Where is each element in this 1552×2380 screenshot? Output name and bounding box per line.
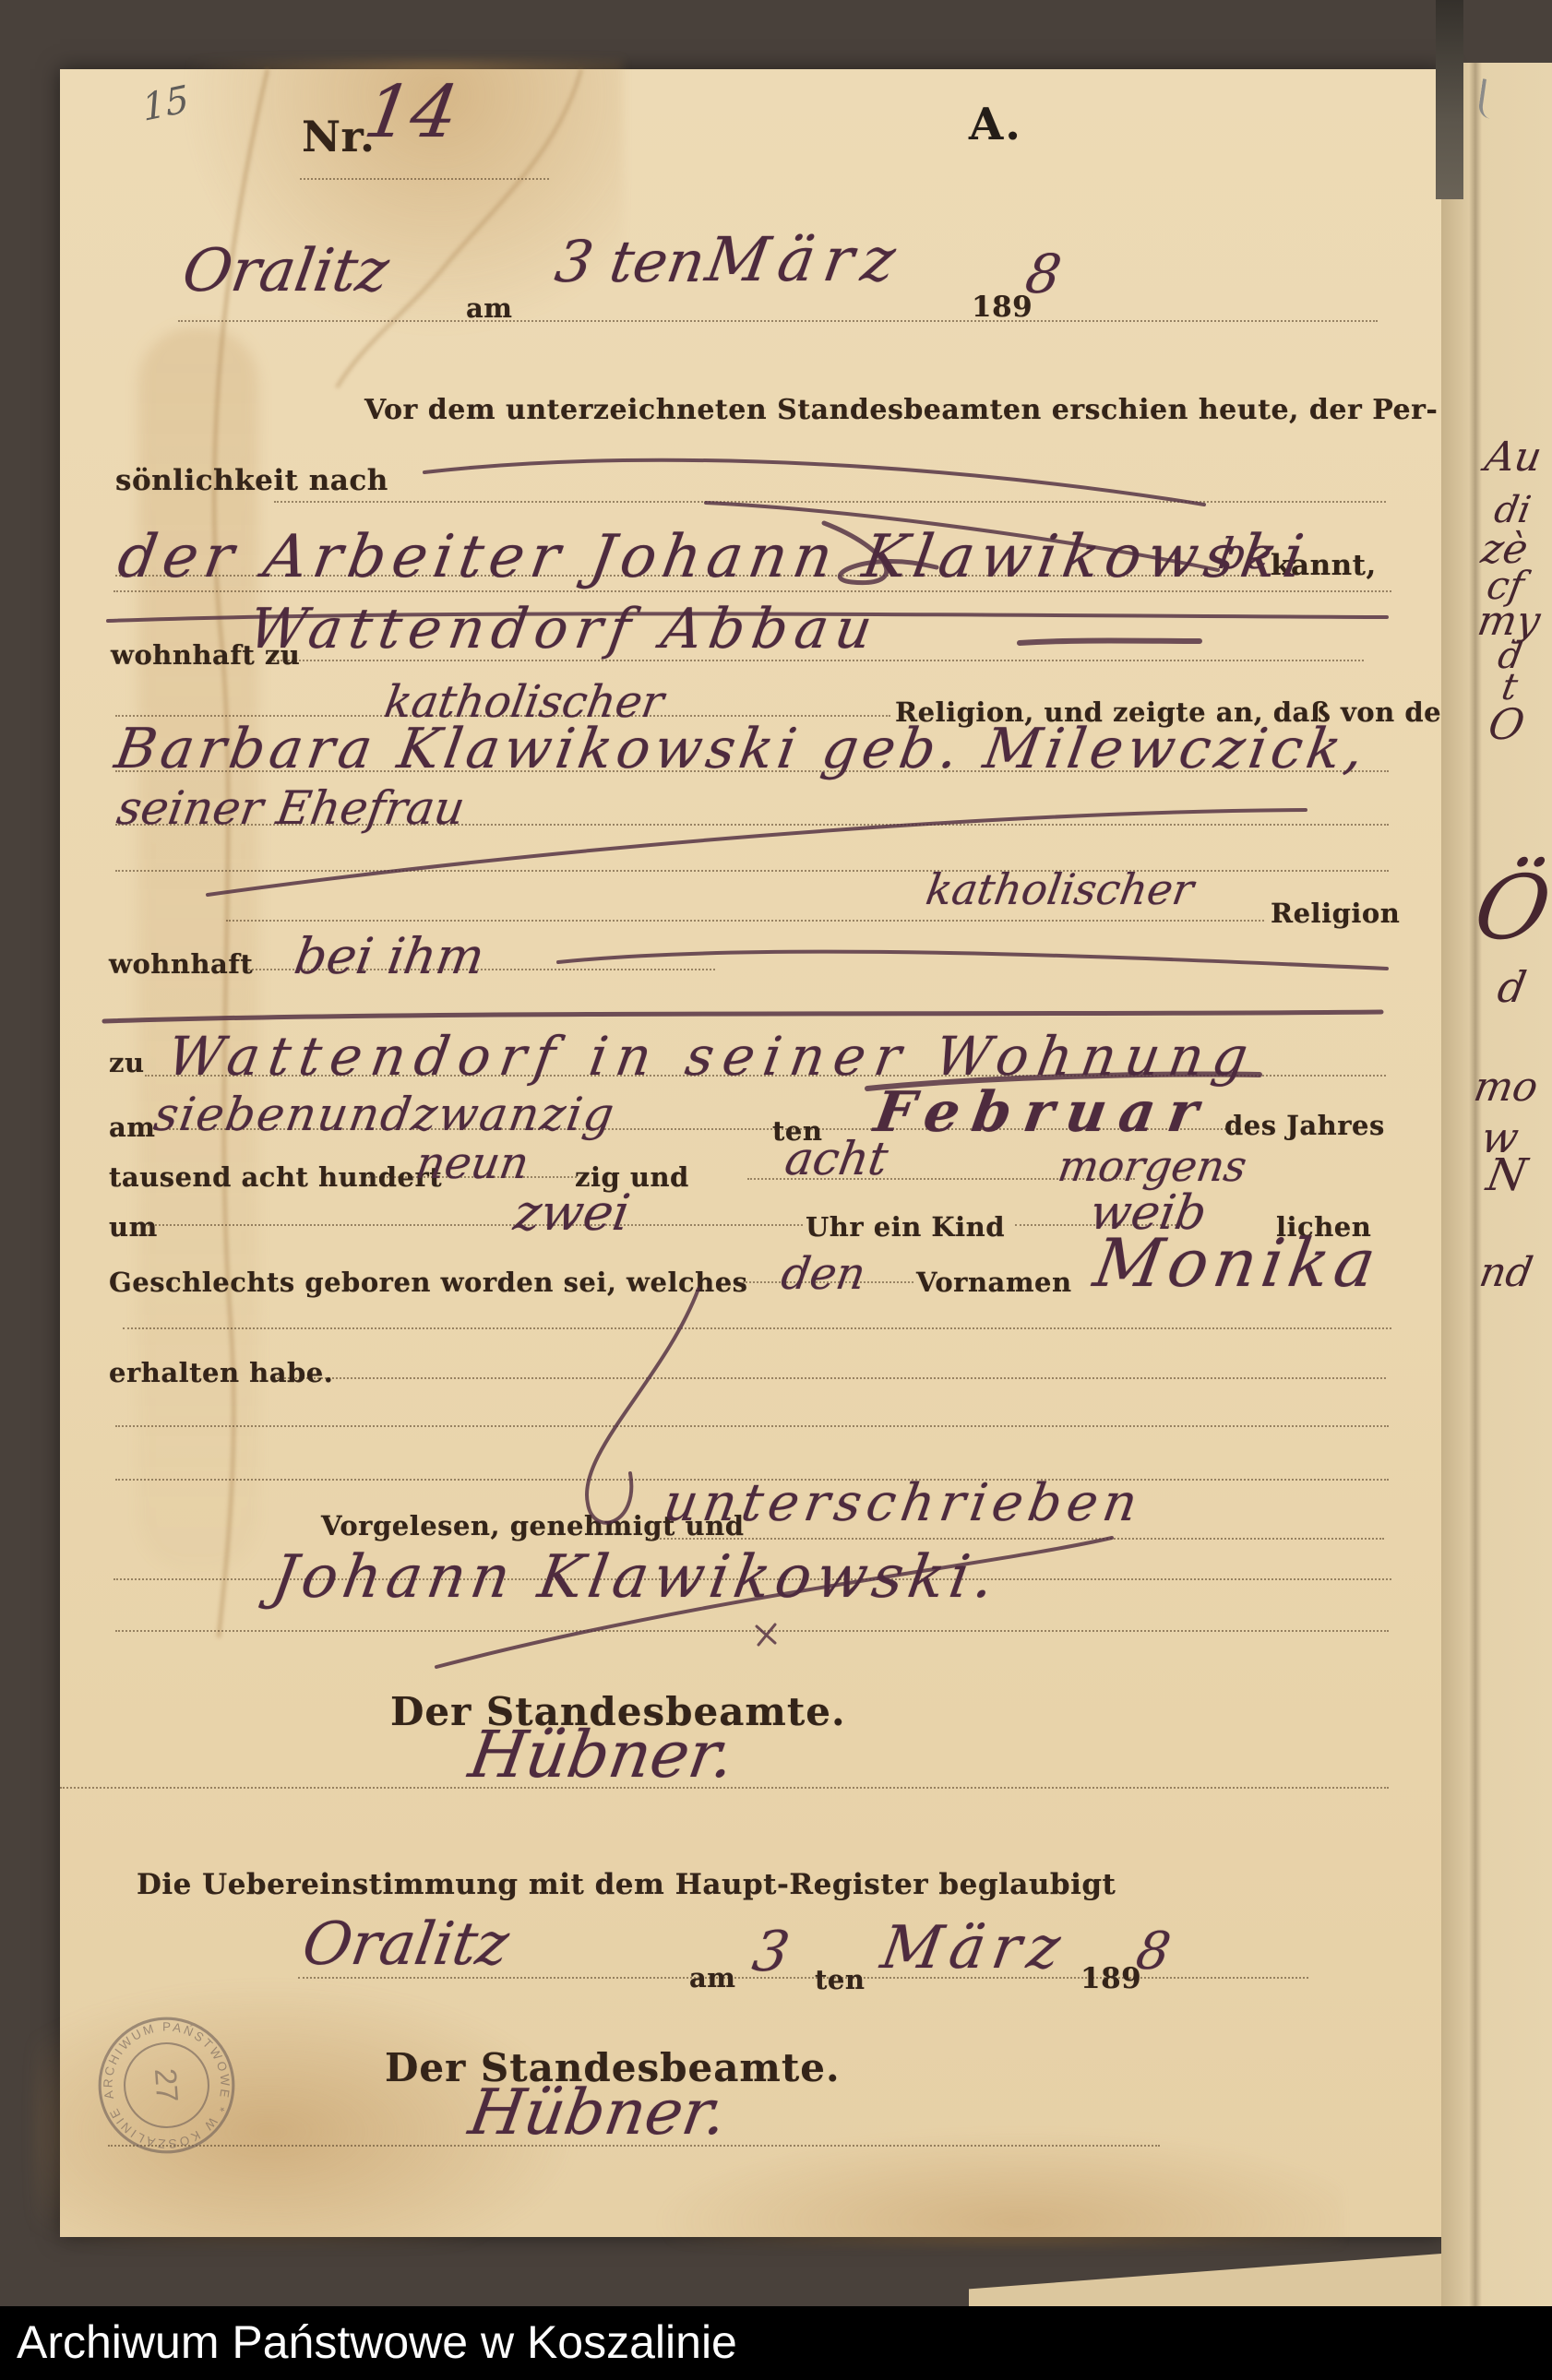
handwriting-fragment: Au [1482,434,1546,481]
stamp-center-number: 27 [148,2067,184,2103]
handwriting-fragment: nd [1476,1249,1537,1296]
birth-record-page: 15 A. Nr. 14 Oralitz am 3 ten März 189 8… [60,69,1444,2237]
handwriting-fragment: mo [1471,1064,1542,1111]
watermark-bar: Archiwum Państwowe w Koszalinie [0,2306,1552,2380]
underlying-page-edge [969,2249,1441,2306]
handwriting-fragment: N [1483,1149,1531,1201]
page-fold-line [1469,63,1482,2306]
handwriting-fragment: O [1485,699,1528,749]
pen-stroke-overlay [60,69,1444,2237]
adjacent-page-sliver: Au di zè cf my d t O Ö d mo w N nd [1441,63,1552,2306]
archive-watermark-text: Archiwum Państwowe w Koszalinie [17,2315,737,2369]
handwriting-fragment: d [1494,962,1530,1012]
archive-scan-viewport: { "colors":{ "paper":"#ead7b0", "ink":"#… [0,0,1552,2380]
book-spine-edge [1436,0,1463,199]
